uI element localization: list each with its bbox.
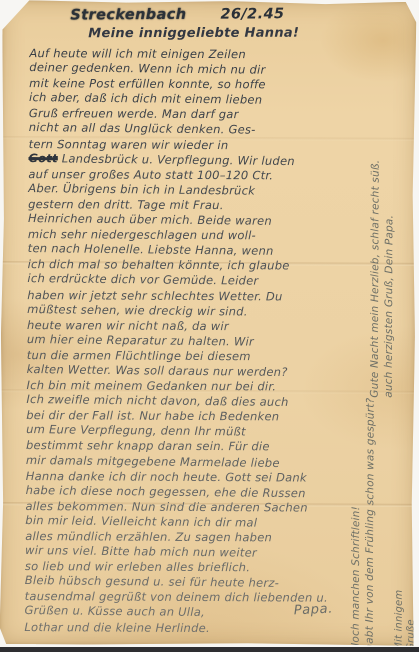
letter-place: Streckenbach [70,7,186,24]
margin-note-line: Gruße [406,591,418,651]
margin-note-right-upper: Gute Nacht mein Herzlieb, schlaf recht s… [369,98,397,398]
letter-date: 26/2.45 [220,6,284,22]
signature: Papa. [293,602,333,619]
margin-note-corner: Mit innigemGruße [394,591,418,651]
crossed-out-word: Gott [28,151,58,165]
margin-note-right-lower: Noch manchen Schriftlein!habt Ihr von de… [350,389,378,651]
margin-note-line: Gute Nacht mein Herzlieb, schlaf recht s… [369,98,384,398]
scan-edge-shadow [0,647,419,652]
margin-note-line: Noch manchen Schriftlein! [350,389,365,651]
margin-note-line: auch herzigsten Gruß, Dein Papa. [382,98,397,398]
margin-note-line: Mit innigem [394,591,406,651]
letter-body: Auf heute will ich mit einigen Zeilendei… [24,45,369,637]
letter-paper: Streckenbach26/2.45 Meine inniggeliebte … [0,0,416,646]
margin-note-line: habt Ihr von dem Frühling schon was gesp… [363,389,378,651]
letter-heading: Streckenbach26/2.45 [70,6,284,23]
letter-salutation: Meine inniggeliebte Hanna! [88,26,299,42]
handwritten-line: Lothar und die kleine Herlinde. [24,620,364,637]
